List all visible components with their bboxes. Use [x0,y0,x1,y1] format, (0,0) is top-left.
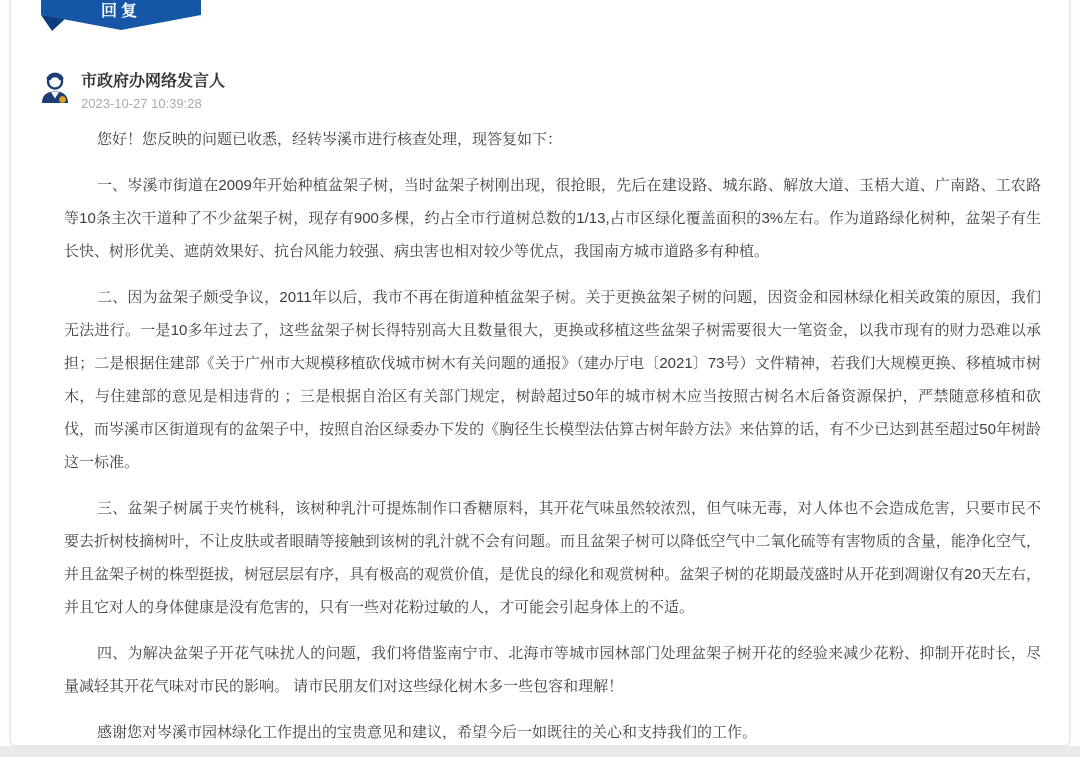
spokesperson-avatar-icon [41,72,69,104]
reply-author: 市政府办网络发言人 [81,73,225,91]
reply-card: 回复 市政府办网络发言人 2023-10-27 10:39:28 您好！您反映的… [10,0,1070,746]
bottom-strip [0,746,1080,757]
reply-header: 市政府办网络发言人 2023-10-27 10:39:28 [41,72,225,111]
reply-meta: 市政府办网络发言人 2023-10-27 10:39:28 [81,72,225,111]
reply-paragraph-3: 三、盆架子树属于夹竹桃科，该树种乳汁可提炼制作口香糖原料，其开花气味虽然较浓烈，… [64,492,1041,624]
reply-paragraph-thanks: 感谢您对岑溪市园林绿化工作提出的宝贵意见和建议，希望今后一如既往的关心和支持我们… [64,716,1041,749]
reply-ribbon: 回复 [39,0,203,32]
reply-paragraph-2: 二、因为盆架子颇受争议，2011年以后，我市不再在街道种植盆架子树。关于更换盆架… [64,281,1041,479]
reply-paragraph-greeting: 您好！您反映的问题已收悉，经转岑溪市进行核查处理，现答复如下： [64,123,1041,156]
reply-paragraph-4: 四、为解决盆架子开花气味扰人的问题，我们将借鉴南宁市、北海市等城市园林部门处理盆… [64,637,1041,703]
reply-timestamp: 2023-10-27 10:39:28 [81,96,225,111]
reply-paragraph-1: 一、岑溪市街道在2009年开始种植盆架子树，当时盆架子树刚出现，很抢眼，先后在建… [64,169,1041,268]
reply-body: 您好！您反映的问题已收悉，经转岑溪市进行核查处理，现答复如下： 一、岑溪市街道在… [64,123,1041,757]
ribbon-label: 回复 [39,0,203,21]
